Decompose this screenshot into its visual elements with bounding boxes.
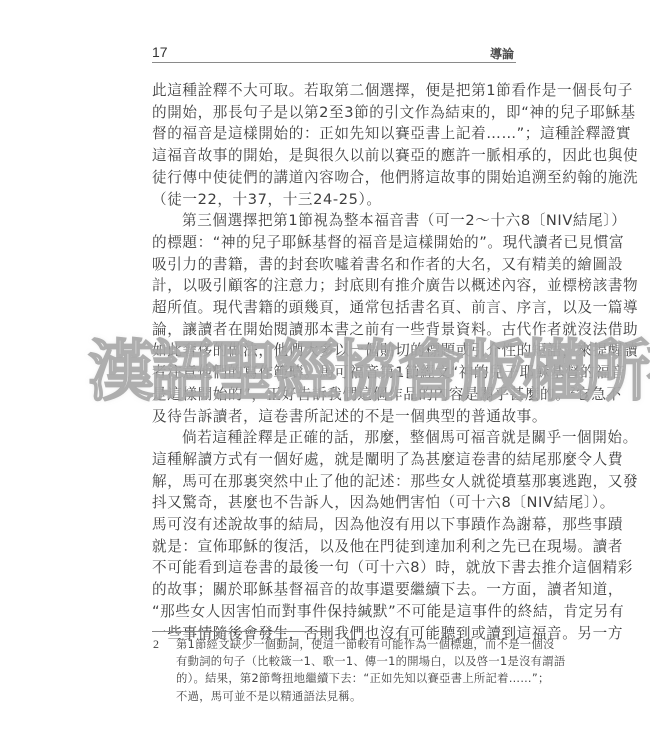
text-line: 超所值。現代書籍的頭幾頁，通常包括書名頁、前言、序言，以及一篇導: [152, 297, 516, 319]
footnotes: 2 第1節經文缺少一個動詞，使這一節較有可能作為一個標題，而不是一個沒 有動詞的…: [152, 636, 516, 705]
text-line: 計，以吸引顧客的注意力；封底則有推介廣告以概述內容，並標榜該書物: [152, 275, 516, 297]
paragraph-2: 第三個選擇把第1節視為整本福音書（可一2～十六8〔NIV結尾〕） 的標題：“神的…: [152, 210, 516, 427]
running-header: 17 導論: [152, 44, 516, 63]
text-line: “那些女人因害怕而對事件保持緘默”不可能是這事件的終結，肯定另有: [152, 601, 516, 623]
paragraph-3: 倘若這種詮釋是正確的話，那麼，整個馬可福音就是關乎一個開始。 這種解讀方式有一個…: [152, 427, 516, 644]
text-line: 者注意他們的寫作範疇。馬可福音第1節經文“神的兒子耶穌基督的福音: [152, 362, 516, 384]
footnote-number: 2: [153, 636, 159, 653]
text-line: 的標題：“神的兒子耶穌基督的福音是這樣開始的”。現代讀者已見慣富: [152, 232, 516, 254]
body-text: 此這種詮釋不大可取。若取第二個選擇，便是把第1節看作是一個長句子 的開始，那長句…: [152, 80, 516, 644]
text-line: 吸引力的書籍，書的封套吹噓着書名和作者的大名，又有精美的繪圖設: [152, 254, 516, 276]
text-line: 這福音故事的開始，是與很久以前以賽亞的應許一脈相承的，因此也與使: [152, 145, 516, 167]
text-line: 如此奢侈的做法，他們大多以一個貼切的標題或引介性的短語，來提醒讀: [152, 340, 516, 362]
text-line: 徒行傳中使徒們的講道內容吻合，他們將這故事的開始追溯至約翰的施洗: [152, 167, 516, 189]
text-line: 抖又驚奇，甚麼也不告訴人，因為她們害怕（可十六8〔NIV結尾〕）。: [152, 492, 516, 514]
footnote-line: 的）。結果，第2節彆扭地繼續下去：“正如先知以賽亞書上所記着……”；: [176, 670, 516, 687]
text-line: 的開始，那長句子是以第2至3節的引文作為結束的，即“神的兒子耶穌基: [152, 102, 516, 124]
text-line: 論，讓讀者在開始閱讀那本書之前有一些背景資料。古代作者就沒法借助: [152, 319, 516, 341]
text-line: 這種解讀方式有一個好處，就是闡明了為甚麼這卷書的結尾那麼令人費: [152, 449, 516, 471]
text-line: 及待告訴讀者，這卷書所記述的不是一個典型的普通故事。: [152, 406, 516, 428]
page-number: 17: [152, 44, 168, 60]
text-line: 馬可沒有述說故事的結局，因為他沒有用以下事蹟作為謝幕，那些事蹟: [152, 514, 516, 536]
text-line: 就是：宣佈耶穌的復活，以及他在門徒到達加利利之先已在現場。讀者: [152, 536, 516, 558]
text-line: 倘若這種詮釋是正確的話，那麼，整個馬可福音就是關乎一個開始。: [152, 427, 516, 449]
footnote-line: 第1節經文缺少一個動詞，使這一節較有可能作為一個標題，而不是一個沒: [176, 636, 516, 653]
text-line: 第三個選擇把第1節視為整本福音書（可一2～十六8〔NIV結尾〕）: [152, 210, 516, 232]
footnote-2: 2 第1節經文缺少一個動詞，使這一節較有可能作為一個標題，而不是一個沒 有動詞的…: [152, 636, 516, 705]
text-line: 的故事；關於耶穌基督福音的故事還要繼續下去。一方面，讀者知道，: [152, 579, 516, 601]
footnote-line: 不過，馬可並不是以精通語法見稱。: [176, 688, 516, 705]
text-line: 解，馬可在那裏突然中止了他的記述：那些女人就從墳墓那裏逃跑，又發: [152, 471, 516, 493]
text-line: 此這種詮釋不大可取。若取第二個選擇，便是把第1節看作是一個長句子: [152, 80, 516, 102]
paragraph-1: 此這種詮釋不大可取。若取第二個選擇，便是把第1節看作是一個長句子 的開始，那長句…: [152, 80, 516, 210]
text-line: （徒一22，十37，十三24-25）。: [152, 189, 516, 211]
footnote-divider: [152, 631, 332, 632]
chapter-title: 導論: [490, 45, 514, 62]
text-segment: 是這樣開始的”，正好告訴我們這個作品的內容是關乎甚麼的。: [152, 386, 570, 403]
text-segment: 它急不: [576, 386, 622, 403]
text-line: 督的福音是這樣開始的：正如先知以賽亞書上記着……”；這種詮釋證實: [152, 123, 516, 145]
text-line: 不可能看到這卷書的最後一句（可十六8）時，就放下書去推介這個精彩: [152, 557, 516, 579]
text-line-with-footnote: 是這樣開始的”，正好告訴我們這個作品的內容是關乎甚麼的。2它急不: [152, 384, 516, 406]
footnote-line: 有動詞的句子（比較箴一1、歌一1、傳一1的開場白，以及啓一1是沒有謂語: [176, 653, 516, 670]
